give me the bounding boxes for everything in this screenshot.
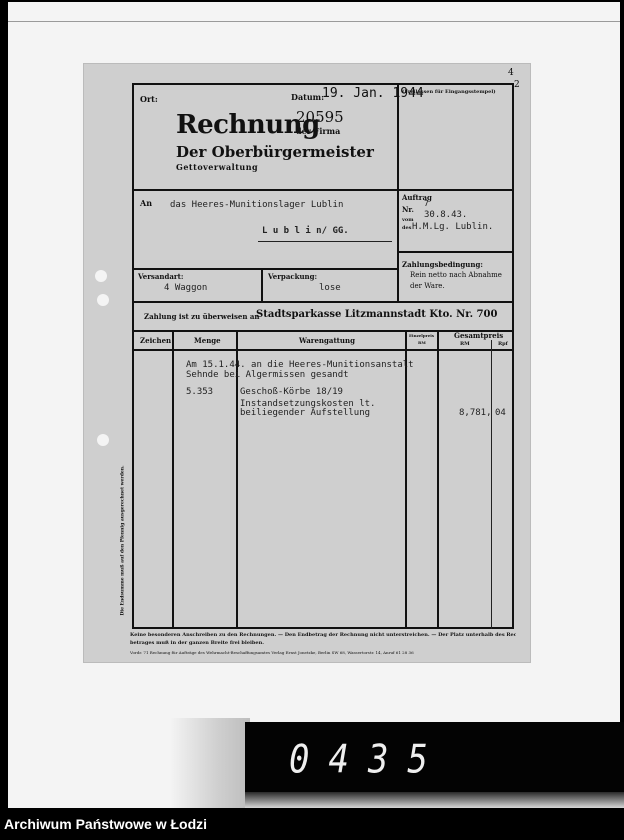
counter-bottom-strip (245, 792, 624, 808)
header-bottom-rule (132, 189, 514, 191)
stamp-area-label: (Freilassen für Eingangsstempel) (402, 89, 496, 95)
frame-counter-display: 0435 (245, 722, 624, 808)
header-menge: Menge (194, 336, 221, 345)
row-gesamt-rpf: 04 (495, 408, 506, 418)
zahlungsbedingung-value: Rein netto nach Abnahme der Ware. (410, 270, 506, 292)
corner-mark: 4 (508, 68, 514, 78)
zahlungsbedingung-label: Zahlungsbedingung: (402, 260, 483, 269)
auftrag-nr-value: 7 (424, 199, 429, 208)
header-gesamtpreis-rm: RM (460, 341, 470, 347)
header-einzelpreis-unit: RM (418, 340, 426, 345)
row-warengattung-line1: Geschoß-Körbe 18/19 (240, 387, 343, 397)
invoice-document: Ort: Datum: 19. Jan. 1944 (Freilassen fü… (84, 64, 530, 662)
verpackung-label: Verpackung: (268, 272, 317, 281)
recipient-line2: L u b l i n/ GG. (262, 226, 349, 236)
counter-shadow (170, 718, 250, 810)
shipment-note-line2: Sehnde bei Algermissen gesandt (186, 370, 349, 380)
frame-counter-digits: 0435 (289, 737, 447, 783)
versand-top-rule (132, 268, 399, 270)
footer-instructions-line1: Keine besonderen Anschreiben zu den Rech… (130, 632, 516, 638)
archive-footer-bar: Archiwum Państwowe w Łodzi (0, 808, 624, 840)
row-menge: 5.353 (186, 387, 213, 397)
table-header-rule (132, 349, 514, 351)
header-warengattung: Warengattung (299, 336, 355, 345)
zahlung-top-rule (132, 301, 514, 303)
nr-label: Nr. (402, 205, 414, 214)
punch-hole (97, 294, 109, 306)
des-label: des (402, 225, 412, 231)
row-gesamt-rm: 8,781, (459, 408, 492, 418)
side-note-vertical: Die Endsumme muß auf den Pfennig ausgere… (121, 406, 126, 616)
invoice-number: 20595 (296, 108, 344, 126)
versandart-value: 4 Waggon (164, 283, 207, 293)
col-divider-rpf (491, 340, 492, 629)
header-divider (397, 83, 399, 303)
header-gesamtpreis: Gesamtpreis (454, 331, 503, 340)
zahlung-bank-account: Stadtsparkasse Litzmannstadt Kto. Nr. 70… (256, 309, 497, 320)
datum-label: Datum: (291, 92, 324, 102)
an-label: An (140, 198, 152, 208)
ort-label: Ort: (140, 94, 158, 104)
der-firma-label: der Firma (296, 126, 340, 136)
versandart-label: Versandart: (138, 272, 183, 281)
archive-scan-frame: Ort: Datum: 19. Jan. 1944 (Freilassen fü… (0, 0, 624, 840)
recipient-line1: das Heeres-Munitionslager Lublin (170, 200, 343, 210)
header-einzelpreis: Einzelpreis (409, 333, 434, 338)
archive-institution-name: Archiwum Państwowe w Łodzi (4, 816, 207, 832)
zahlung-label: Zahlung ist zu überweisen an (144, 312, 260, 321)
recipient-underline (258, 241, 392, 242)
issuer-subtitle: Gettoverwaltung (176, 162, 258, 172)
footer-instructions-line2: betrages muß in der ganzen Breite frei b… (130, 640, 264, 646)
light-table-edge (8, 21, 620, 22)
col-divider-zeichen (172, 330, 174, 629)
col-divider-warengattung (405, 330, 407, 629)
versand-divider (261, 268, 263, 303)
header-gesamtpreis-rpf: Rpf (498, 341, 508, 347)
col-divider-einzelpreis (437, 330, 439, 629)
corner-mark: 2 (514, 80, 520, 90)
header-zeichen: Zeichen (140, 336, 171, 345)
vom-value: 30.8.43. (424, 210, 467, 220)
punch-hole (95, 270, 107, 282)
row-warengattung-line3: beiliegender Aufstellung (240, 408, 370, 418)
punch-hole (97, 434, 109, 446)
des-value: H.M.Lg. Lublin. (412, 222, 493, 232)
issuer-name: Der Oberbürgermeister (176, 143, 374, 161)
verpackung-value: lose (319, 283, 341, 293)
shipment-note-line1: Am 15.1.44. an die Heeres-Munitionsansta… (186, 360, 414, 370)
form-publisher-line: Vordr. 71 Rechnung für Aufträge des Wehr… (130, 650, 510, 655)
auftrag-bottom-rule (397, 251, 514, 253)
